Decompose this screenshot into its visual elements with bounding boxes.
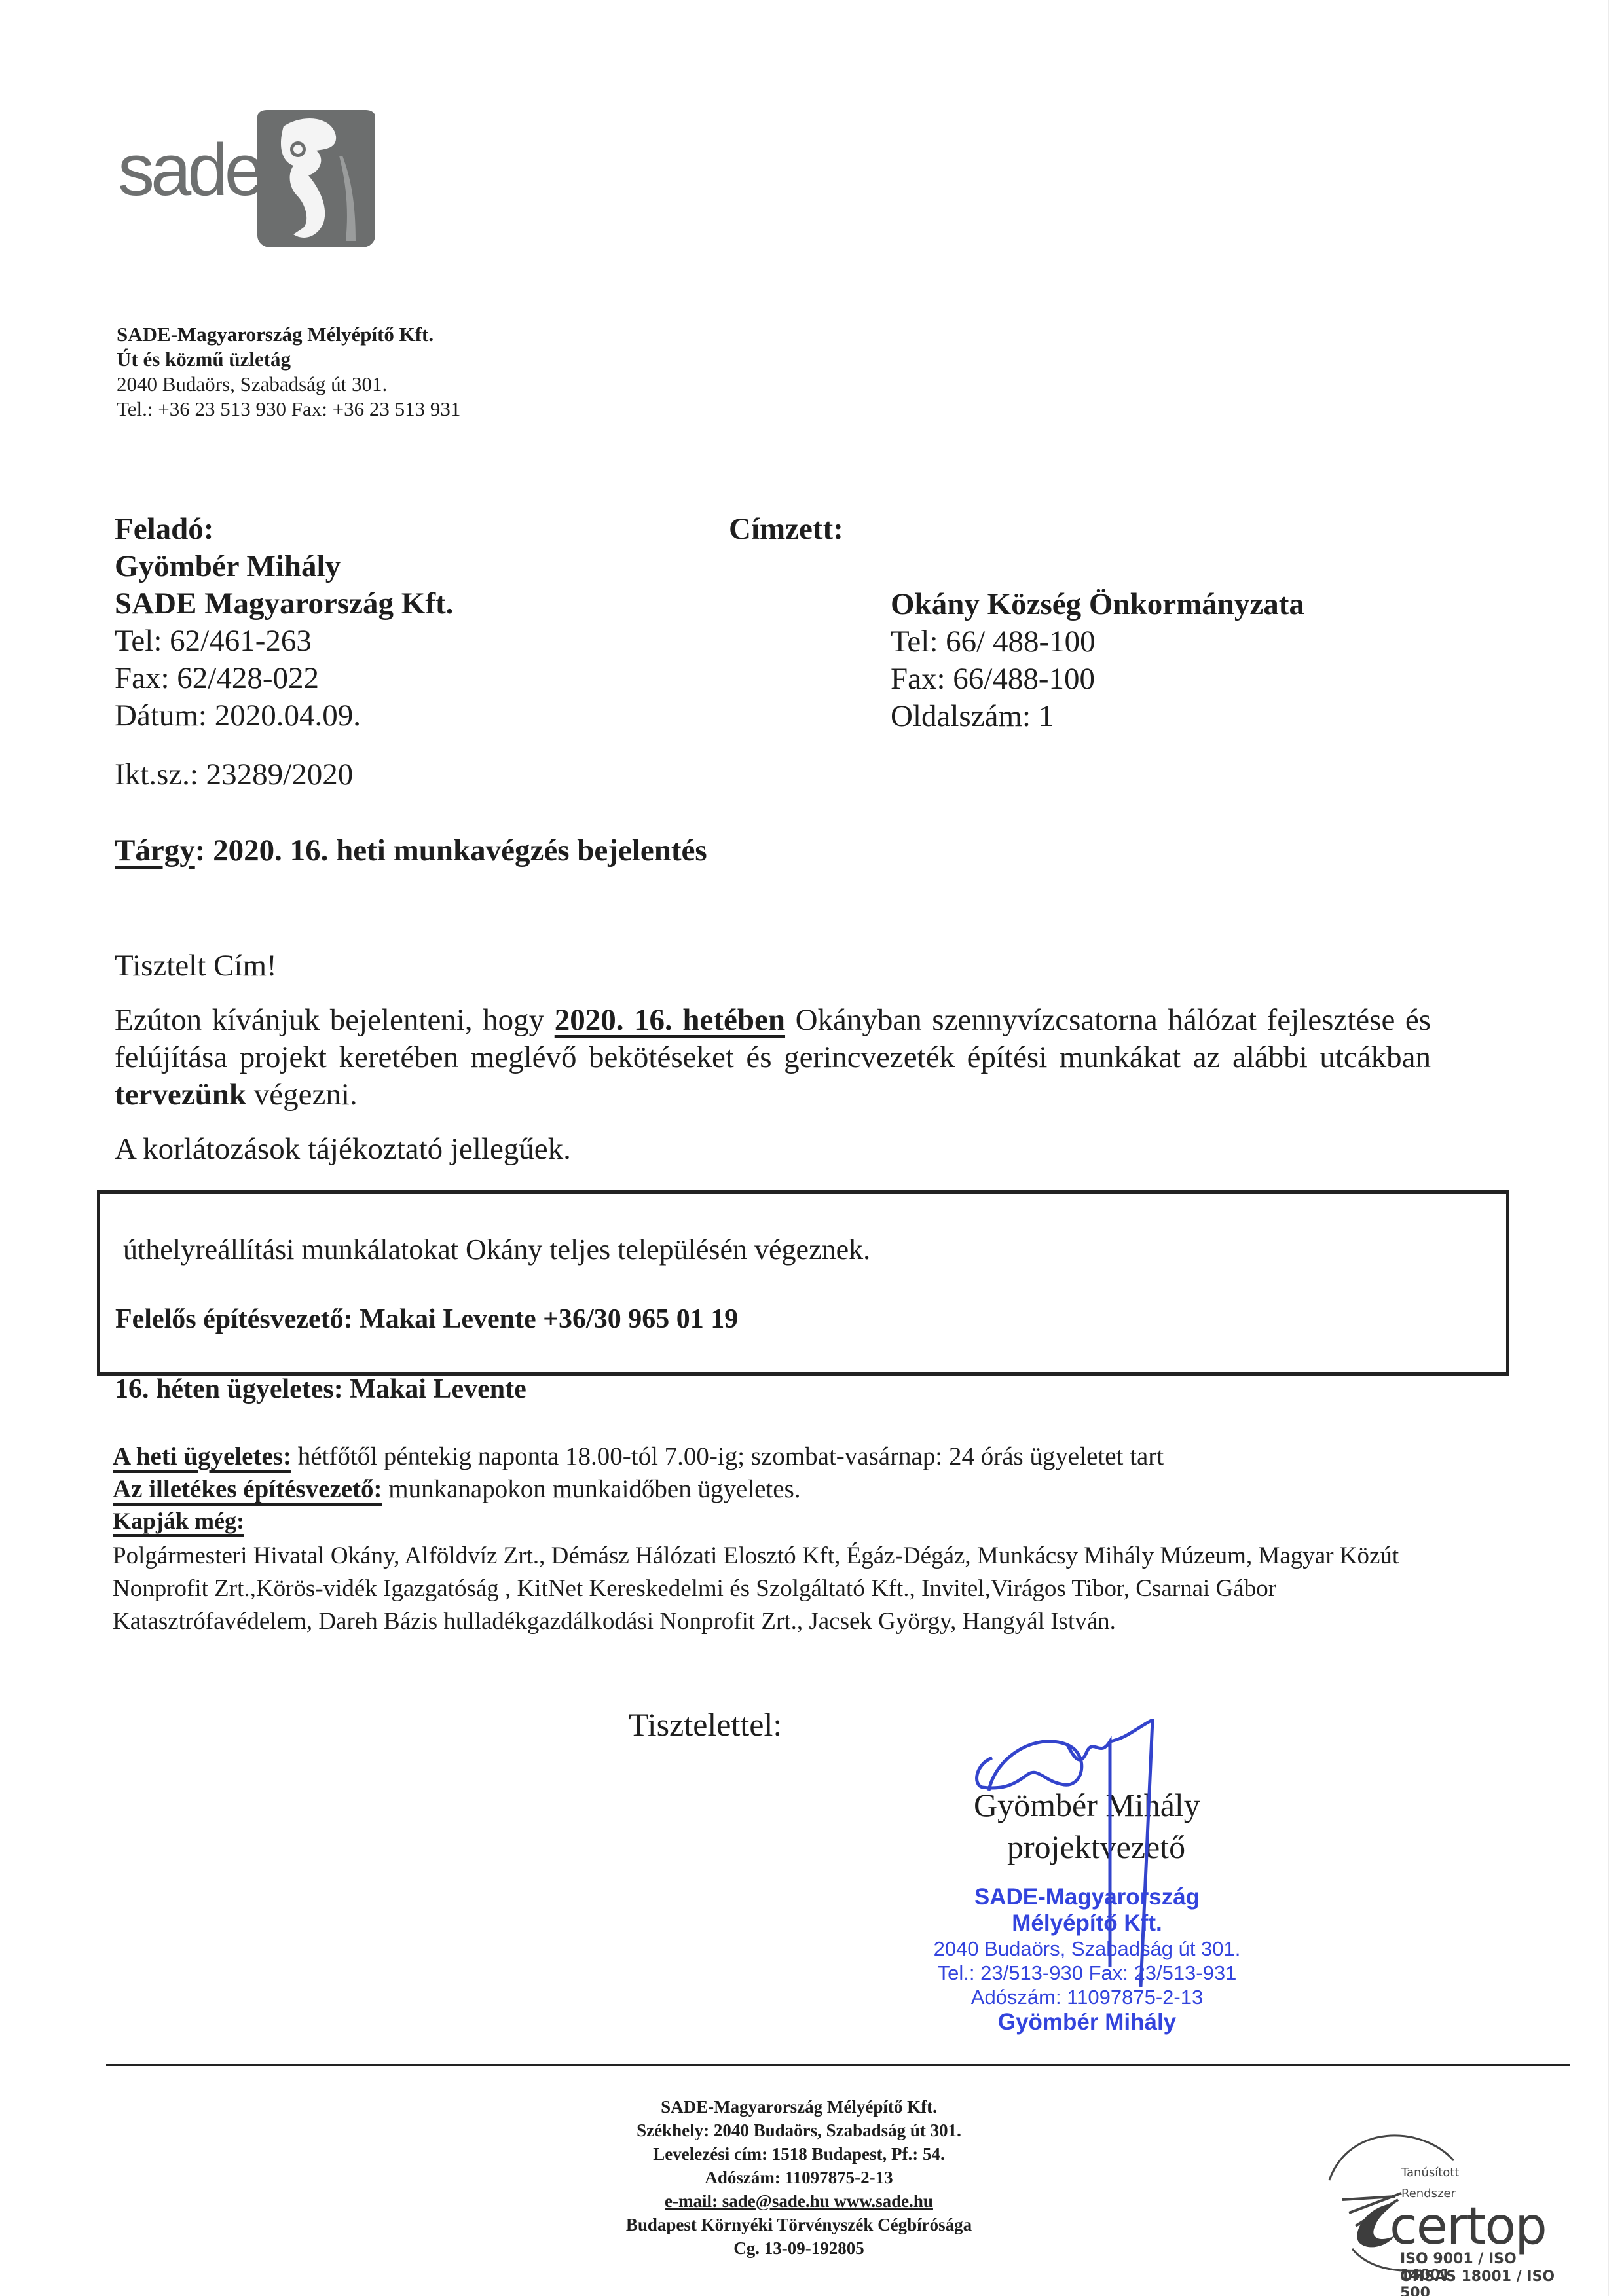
footer: SADE-Magyarország Mélyépítő Kft. Székhel… — [367, 2095, 1231, 2260]
certop-iso: OHSAS 18001 / ISO 500 — [1400, 2269, 1565, 2296]
company-header: SADE-Magyarország Mélyépítő Kft. Út és k… — [117, 322, 460, 422]
recipient-label: Címzett: — [729, 511, 843, 548]
greeting: Tisztelt Cím! — [115, 948, 277, 983]
schedule-row-manager: Az illetékes építésvezető: munkanapokon … — [113, 1473, 1164, 1506]
footer-company: SADE-Magyarország Mélyépítő Kft. — [367, 2095, 1231, 2119]
company-phone-fax: Tel.: +36 23 513 930 Fax: +36 23 513 931 — [117, 397, 460, 422]
footer-divider — [106, 2064, 1570, 2066]
sender-date: Dátum: 2020.04.09. — [115, 697, 453, 735]
sender-fax: Fax: 62/428-022 — [115, 660, 453, 697]
reference-number: Ikt.sz.: 23289/2020 — [115, 756, 353, 793]
notice-text: úthelyreállítási munkálatokat Okány telj… — [123, 1233, 870, 1266]
footer-court: Budapest Környéki Törvényszék Cégbíróság… — [367, 2213, 1231, 2236]
subject-text: : 2020. 16. heti munkavégzés bejelentés — [195, 833, 707, 867]
subject-label: Tárgy — [115, 833, 195, 867]
company-name: SADE-Magyarország Mélyépítő Kft. — [117, 322, 460, 347]
stamp-line: Gyömbér Mihály — [904, 2009, 1270, 2035]
schedule-label: A heti ügyeletes: — [113, 1442, 291, 1470]
footer-seat: Székhely: 2040 Budaörs, Szabadság út 301… — [367, 2119, 1231, 2142]
recipient-fax: Fax: 66/488-100 — [891, 661, 1304, 698]
footer-postal: Levelezési cím: 1518 Budapest, Pf.: 54. — [367, 2142, 1231, 2166]
company-address: 2040 Budaörs, Szabadság út 301. — [117, 372, 460, 397]
scan-edge — [1608, 0, 1609, 2296]
subject-line: Tárgy: 2020. 16. heti munkavégzés bejele… — [115, 833, 707, 868]
recipient-tel: Tel: 66/ 488-100 — [891, 623, 1304, 661]
stamp-line: 2040 Budaörs, Szabadság út 301. — [904, 1937, 1270, 1961]
cc-list: Polgármesteri Hivatal Okány, Alföldvíz Z… — [113, 1540, 1422, 1638]
sender-company: SADE Magyarország Kft. — [115, 585, 453, 623]
footer-reg: Cg. 13-09-192805 — [367, 2236, 1231, 2260]
company-division: Út és közmű üzletág — [117, 347, 460, 372]
stamp-line: SADE-Magyarország — [904, 1884, 1270, 1910]
schedule-text: munkanapokon munkaidőben ügyeletes. — [382, 1475, 800, 1503]
closing: Tisztelettel: — [629, 1705, 782, 1743]
restrictions-note: A korlátozások tájékoztató jellegűek. — [115, 1131, 571, 1167]
sade-wordmark: sade — [118, 128, 261, 212]
company-stamp: SADE-Magyarország Mélyépítő Kft. 2040 Bu… — [904, 1884, 1270, 2035]
responsible-manager: Felelős építésvezető: Makai Levente +36/… — [115, 1303, 738, 1335]
certop-certification-logo: Tanúsított Rendszer certop ISO 9001 / IS… — [1303, 2121, 1565, 2291]
schedule-row-weekly: A heti ügyeletes: hétfőtől péntekig napo… — [113, 1440, 1164, 1473]
recipient-block: Okány Község Önkormányzata Tel: 66/ 488-… — [891, 586, 1304, 735]
footer-contact-link[interactable]: e-mail: sade@sade.hu www.sade.hu — [367, 2189, 1231, 2213]
schedule-label: Az illetékes építésvezető: — [113, 1475, 382, 1503]
body-week: 2020. 16. hetében — [555, 1003, 785, 1037]
certop-label: Tanúsított — [1401, 2166, 1459, 2179]
sender-block: Feladó: Gyömbér Mihály SADE Magyarország… — [115, 511, 453, 735]
footer-tax: Adószám: 11097875-2-13 — [367, 2166, 1231, 2189]
body-end: végezni. — [246, 1078, 358, 1112]
body-intro: Ezúton kívánjuk bejelenteni, hogy — [115, 1003, 555, 1037]
sender-label: Feladó: — [115, 511, 453, 548]
stamp-line: Mélyépítő Kft. — [904, 1910, 1270, 1937]
duty-schedule: A heti ügyeletes: hétfőtől péntekig napo… — [113, 1440, 1164, 1506]
recipient-page: Oldalszám: 1 — [891, 698, 1304, 735]
certop-brand: certop — [1390, 2197, 1546, 2256]
sade-dolphin-logo-icon — [257, 110, 375, 247]
stamp-line: Adószám: 11097875-2-13 — [904, 1985, 1270, 2009]
notice-box: úthelyreállítási munkálatokat Okány telj… — [97, 1190, 1509, 1376]
body-paragraph: Ezúton kívánjuk bejelenteni, hogy 2020. … — [115, 1002, 1431, 1114]
recipient-name: Okány Község Önkormányzata — [891, 586, 1304, 623]
sender-name: Gyömbér Mihály — [115, 548, 453, 585]
duty-week: 16. héten ügyeletes: Makai Levente — [115, 1374, 526, 1405]
schedule-text: hétfőtől péntekig naponta 18.00-tól 7.00… — [291, 1442, 1164, 1470]
body-plan: tervezünk — [115, 1078, 246, 1112]
sender-tel: Tel: 62/461-263 — [115, 623, 453, 660]
stamp-line: Tel.: 23/513-930 Fax: 23/513-931 — [904, 1961, 1270, 1985]
cc-label: Kapják még: — [113, 1507, 244, 1535]
